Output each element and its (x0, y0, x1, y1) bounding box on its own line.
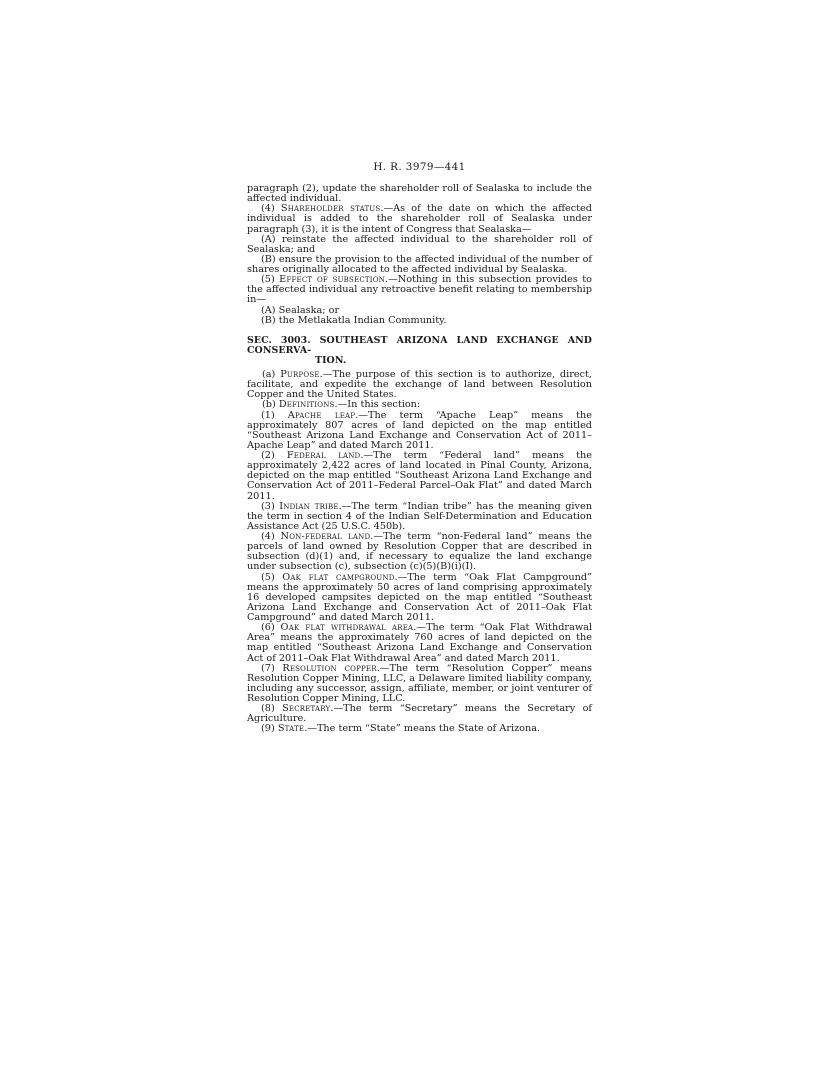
section-heading-line2: TION. (247, 356, 592, 366)
definition-text: .—The term “State” means the State of Ar… (304, 723, 540, 734)
subclause-text: (B) ensure the provision to the affected… (247, 254, 592, 275)
subclause-4A: (A) reinstate the affected individual to… (247, 235, 592, 255)
clause-4-shareholder-status: (4) Shareholder status.—As of the date o… (247, 204, 592, 234)
section-heading: SEC. 3003. SOUTHEAST ARIZONA LAND EXCHAN… (247, 336, 592, 366)
definition-4-non-federal-land: (4) Non-federal land.—The term “non-Fede… (247, 532, 592, 573)
bill-text-block: paragraph (2), update the shareholder ro… (247, 184, 592, 735)
definition-3-indian-tribe: (3) Indian tribe.—The term “Indian tribe… (247, 502, 592, 532)
subclause-4B: (B) ensure the provision to the affected… (247, 255, 592, 275)
defined-term: State (278, 723, 304, 734)
subsection-a-purpose: (a) Purpose.—The purpose of this section… (247, 370, 592, 400)
definition-7-resolution-copper: (7) Resolution copper.—The term “Resolut… (247, 664, 592, 705)
definition-5-oak-flat-campground: (5) Oak flat campground.—The term “Oak F… (247, 573, 592, 624)
section-heading-line1: SEC. 3003. SOUTHEAST ARIZONA LAND EXCHAN… (247, 336, 592, 356)
definition-9-state: (9) State.—The term “State” means the St… (247, 724, 592, 734)
definition-6-oak-flat-withdrawal-area: (6) Oak flat withdrawal area.—The term “… (247, 623, 592, 664)
running-header: H. R. 3979—441 (247, 161, 592, 173)
subclause-5B: (B) the Metlakatla Indian Community. (247, 316, 592, 326)
definition-number: (9) (261, 723, 278, 734)
paragraph-text: paragraph (2), update the shareholder ro… (247, 183, 592, 204)
bill-page: H. R. 3979—441 paragraph (2), update the… (0, 0, 833, 1077)
definition-2-federal-land: (2) Federal land.—The term “Federal land… (247, 451, 592, 502)
clause-5-effect-of-subsection: (5) Effect of subsection.—Nothing in thi… (247, 275, 592, 305)
definition-8-secretary: (8) Secretary.—The term “Secretary” mean… (247, 704, 592, 724)
subclause-text: (B) the Metlakatla Indian Community. (261, 315, 446, 326)
definition-1-apache-leap: (1) Apache leap.—The term “Apache Leap” … (247, 411, 592, 452)
subclause-text: (A) reinstate the affected individual to… (247, 234, 592, 255)
continuation-paragraph: paragraph (2), update the shareholder ro… (247, 184, 592, 204)
